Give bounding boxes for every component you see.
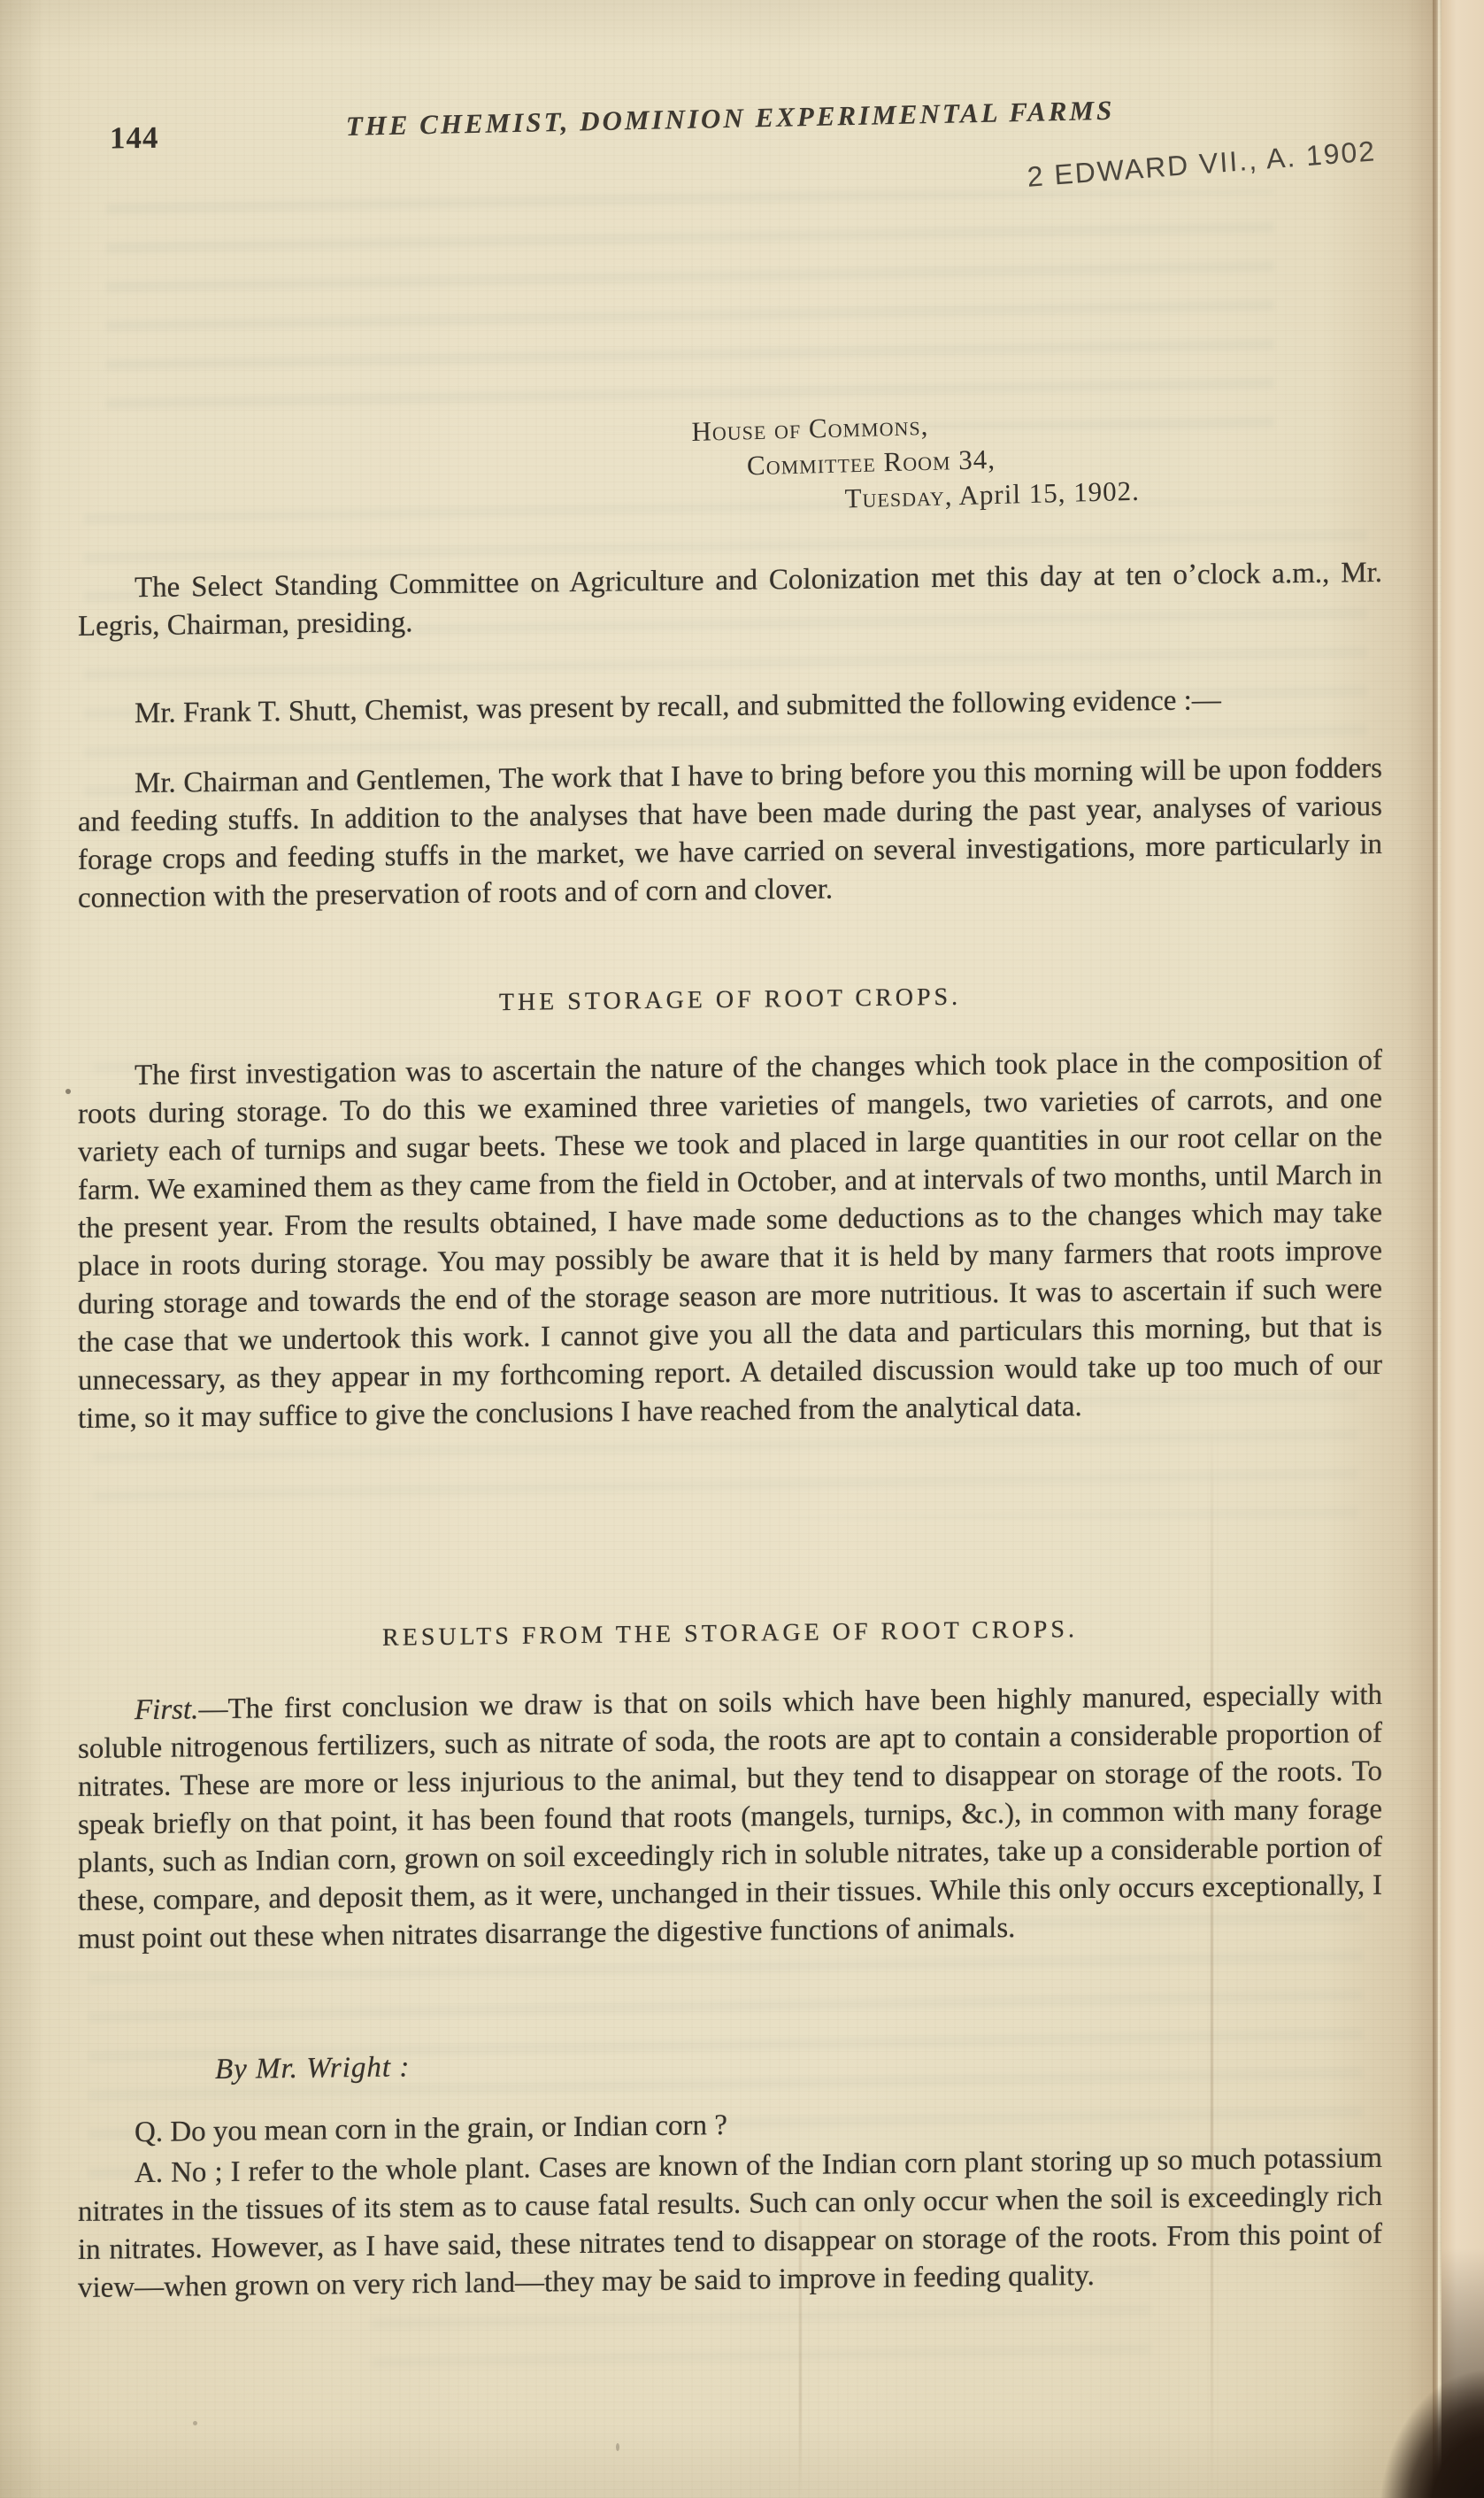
scanned-page: 144 THE CHEMIST, DOMINION EXPERIMENTAL F…	[0, 0, 1484, 2498]
paragraph-committee-met: The Select Standing Committee on Agricul…	[78, 554, 1382, 646]
page-content: 144 THE CHEMIST, DOMINION EXPERIMENTAL F…	[0, 0, 1484, 2498]
paragraph-opening-statement: Mr. Chairman and Gentlemen, The work tha…	[78, 750, 1382, 918]
paragraph-witness-recall: Mr. Frank T. Shutt, Chemist, was present…	[78, 680, 1382, 734]
section-heading-storage: THE STORAGE OF ROOT CROPS.	[78, 978, 1382, 1022]
session-date-rest: April 15, 1902.	[952, 475, 1140, 512]
answer-paragraph: A. No ; I refer to the whole plant. Case…	[78, 2139, 1382, 2308]
paragraph-first-body: —The first conclusion we draw is that on…	[78, 1679, 1382, 1955]
paragraph-lead-word: First.	[135, 1693, 198, 1726]
session-date-day: Tuesday,	[844, 480, 952, 513]
running-header-title: THE CHEMIST, DOMINION EXPERIMENTAL FARMS	[78, 89, 1382, 148]
ink-speck	[193, 2421, 197, 2425]
ink-speck	[65, 1089, 71, 1094]
session-heading-block: House of Commons, Committee Room 34, Tue…	[691, 403, 1140, 520]
examination-byline: By Mr. Wright :	[78, 2037, 1382, 2091]
paragraph-investigation: The first investigation was to ascertain…	[78, 1042, 1382, 1438]
section-heading-results: RESULTS FROM THE STORAGE OF ROOT CROPS.	[78, 1612, 1382, 1656]
paragraph-first-conclusion: First.—The first conclusion we draw is t…	[78, 1677, 1382, 1959]
edition-regnal-year-line: 2 EDWARD VII., A. 1902	[1026, 127, 1470, 193]
ink-speck	[616, 2443, 619, 2451]
